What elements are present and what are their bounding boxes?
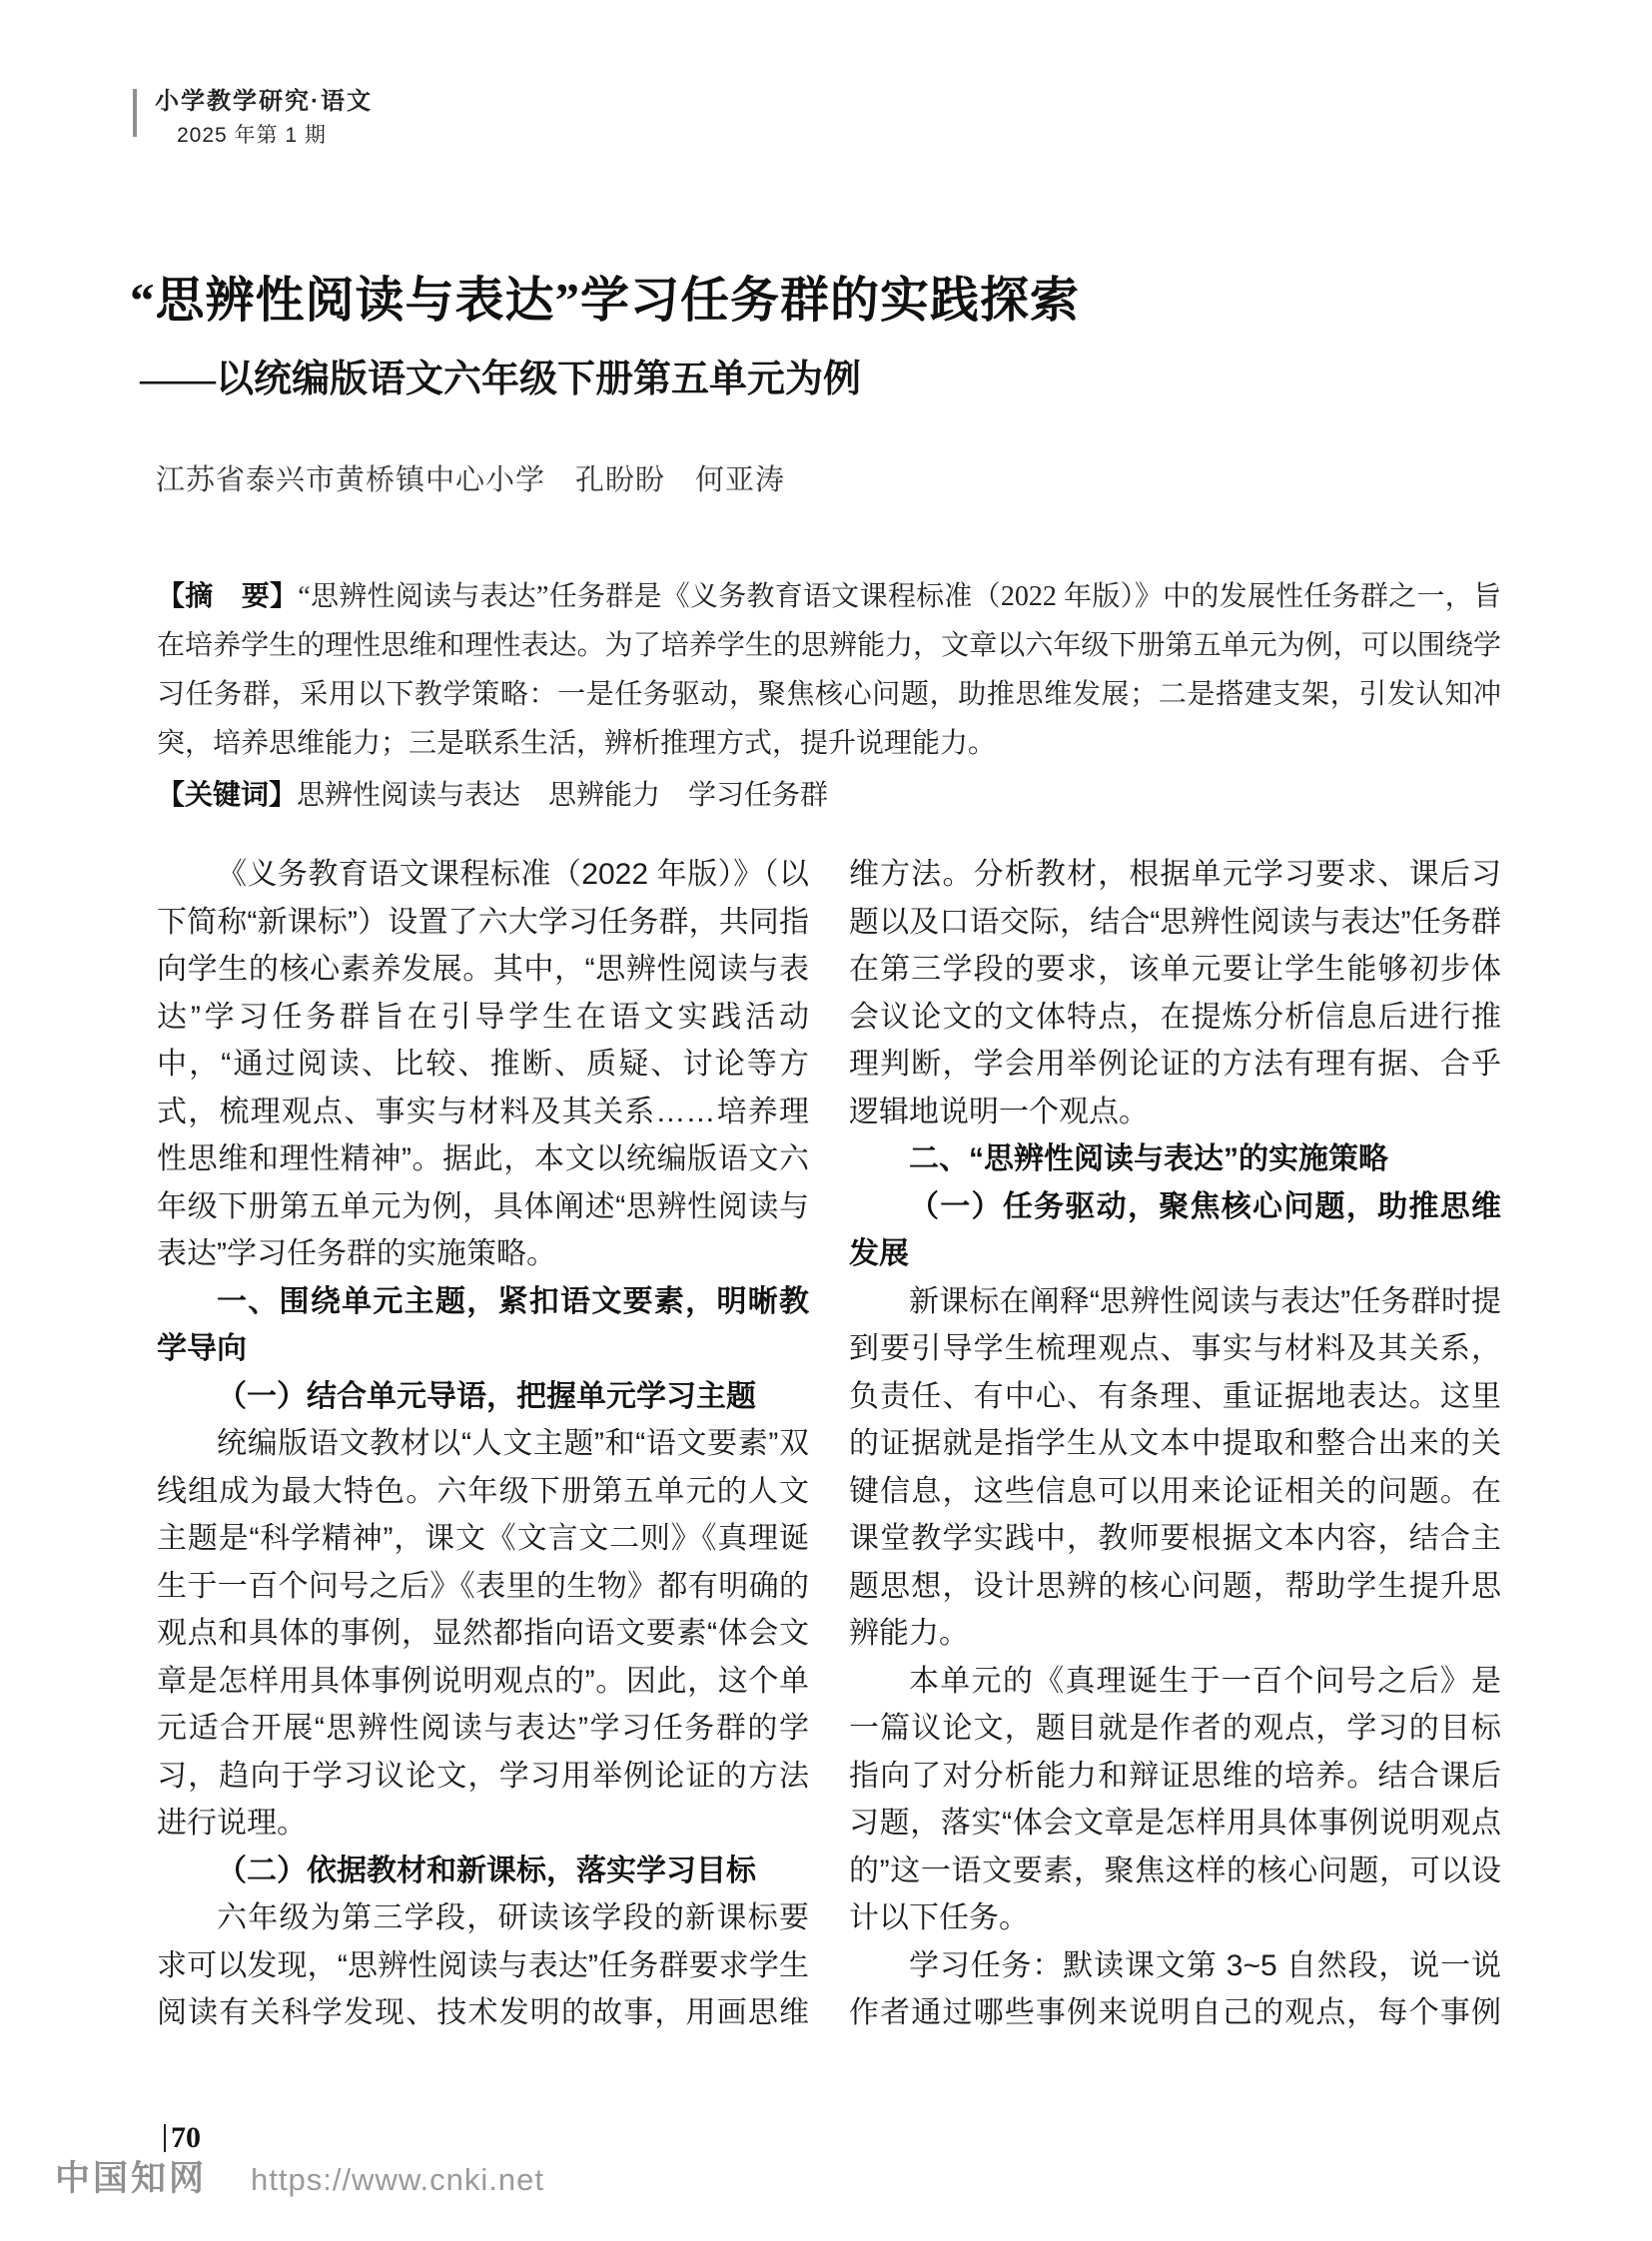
body-paragraph: 统编版语文教材以“人文主题”和“语文要素”双线组成为最大特色。六年级下册第五单元… <box>157 1420 809 1848</box>
body-paragraph: 《义务教育语文课程标准（2022 年版）》（以下简称“新课标”）设置了六大学习任… <box>157 851 809 1278</box>
section-heading: （一）任务驱动，聚焦核心问题，助推思维发展 <box>849 1183 1501 1278</box>
body-paragraph: 本单元的《真理诞生于一百个问号之后》是一篇议论文，题目就是作者的观点，学习的目标… <box>849 1658 1501 1942</box>
keywords-text: 思辨性阅读与表达 思辨能力 学习任务群 <box>297 780 828 811</box>
article-subtitle: ——以统编版语文六年级下册第五单元为例 <box>140 348 1338 402</box>
body-column-right: 维方法。分析教材，根据单元学习要求、课后习题以及口语交际，结合“思辨性阅读与表达… <box>849 851 1501 2041</box>
keywords-block: 【关键词】思辨性阅读与表达 思辨能力 学习任务群 <box>157 773 1501 813</box>
journal-name: 小学教学研究·语文 <box>155 89 373 115</box>
page-number: 70 <box>164 2121 201 2155</box>
page-number-rule <box>164 2124 166 2152</box>
masthead-text: 小学教学研究·语文 2025 年第 1 期 <box>155 89 373 149</box>
keywords-label: 【关键词】 <box>157 779 297 810</box>
section-heading: 二、“思辨性阅读与表达”的实施策略 <box>849 1135 1501 1183</box>
journal-page: 小学教学研究·语文 2025 年第 1 期 “思辨性阅读与表达”学习任务群的实践… <box>0 0 1652 2241</box>
body-paragraph: 学习任务：默读课文第 3~5 自然段，说一说作者通过哪些事例来说明自己的观点，每… <box>849 1942 1501 2042</box>
body-paragraph: 六年级为第三学段，研读该学段的新课标要求可以发现，“思辨性阅读与表达”任务群要求… <box>157 1894 809 2041</box>
article-title: “思辨性阅读与表达”学习任务群的实践探索 <box>130 262 1528 332</box>
cnki-logo-text: 中国知网 <box>55 2151 207 2201</box>
cnki-watermark: 中国知网 https://www.cnki.net <box>55 2151 544 2201</box>
journal-masthead: 小学教学研究·语文 2025 年第 1 期 <box>133 89 373 149</box>
section-heading: 一、围绕单元主题，紧扣语文要素，明晰教学导向 <box>157 1278 809 1373</box>
section-heading: （一）结合单元导语，把握单元学习主题 <box>157 1373 809 1421</box>
cnki-url: https://www.cnki.net <box>251 2162 544 2198</box>
journal-issue: 2025 年第 1 期 <box>177 119 373 149</box>
body-paragraph: 新课标在阐释“思辨性阅读与表达”任务群时提到要引导学生梳理观点、事实与材料及其关… <box>849 1278 1501 1658</box>
abstract-text: “思辨性阅读与表达”任务群是《义务教育语文课程标准（2022 年版）》中的发展性… <box>157 581 1501 759</box>
abstract-label: 【摘 要】 <box>157 580 298 611</box>
body-columns: 《义务教育语文课程标准（2022 年版）》（以下简称“新课标”）设置了六大学习任… <box>157 851 1501 2041</box>
section-heading: （二）依据教材和新课标，落实学习目标 <box>157 1848 809 1895</box>
author-affiliation-line: 江苏省泰兴市黄桥镇中心小学 孔盼盼 何亚涛 <box>156 457 785 498</box>
body-paragraph: 维方法。分析教材，根据单元学习要求、课后习题以及口语交际，结合“思辨性阅读与表达… <box>849 851 1501 1135</box>
body-column-left: 《义务教育语文课程标准（2022 年版）》（以下简称“新课标”）设置了六大学习任… <box>157 851 809 2041</box>
page-number-value: 70 <box>171 2121 201 2155</box>
abstract-block: 【摘 要】“思辨性阅读与表达”任务群是《义务教育语文课程标准（2022 年版）》… <box>157 571 1501 768</box>
masthead-rule <box>133 89 137 137</box>
